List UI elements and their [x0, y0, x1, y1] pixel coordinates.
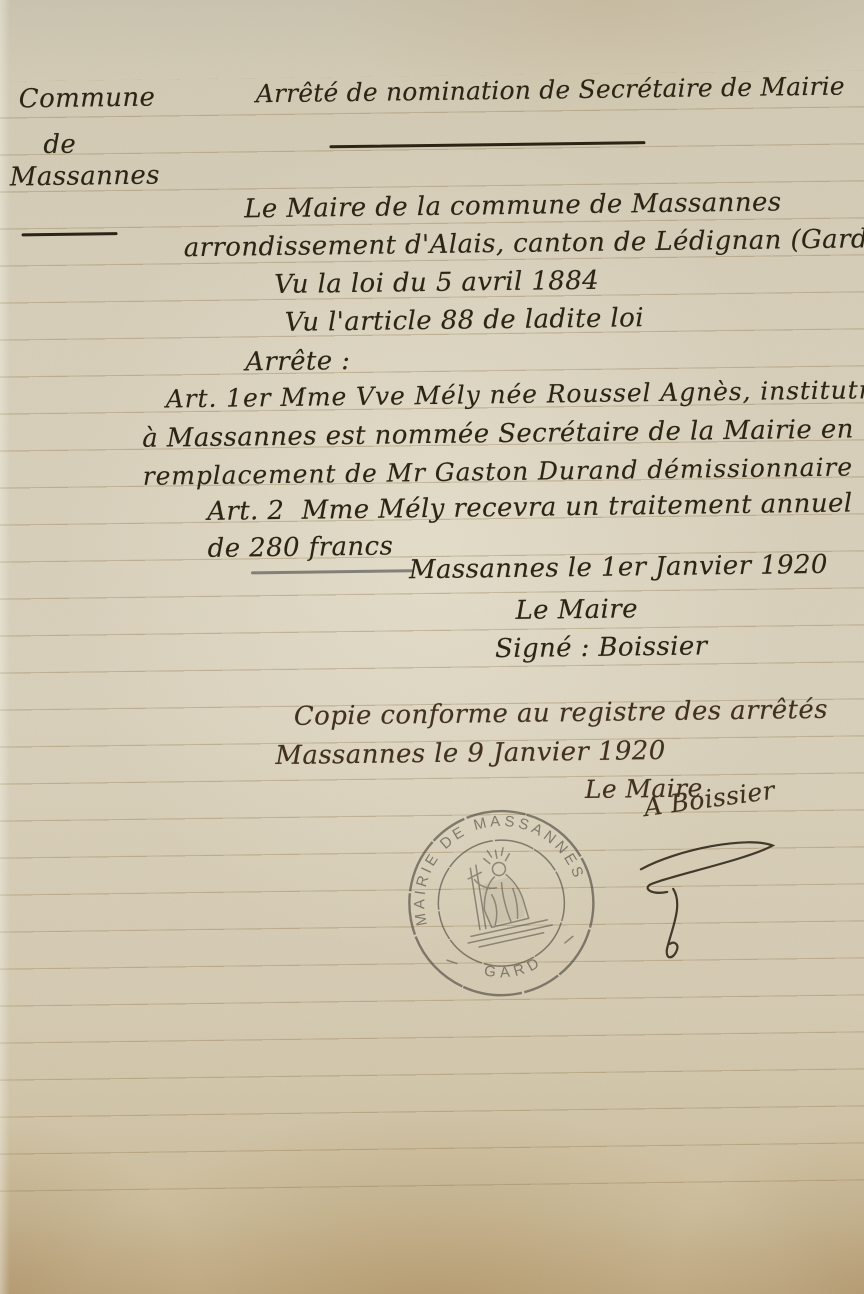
closing-signed: Signé : Boissier — [495, 632, 708, 663]
stamp-bottom-text: GARD — [480, 952, 548, 987]
certification-dateline: Massannes le 9 Janvier 1920 — [275, 737, 666, 771]
svg-text:GARD: GARD — [480, 952, 548, 987]
closing-role: Le Maire — [515, 595, 638, 625]
body-line: Arrête : — [245, 347, 350, 377]
signature-flourish — [620, 801, 802, 973]
margin-line-de: de — [43, 131, 76, 160]
margin-line-massannes: Massannes — [10, 162, 161, 193]
dateline: Massannes le 1er Janvier 1920 — [409, 551, 828, 585]
mairie-stamp: MAIRIE DE MASSANNES GARD — [384, 786, 618, 1020]
stamp-marianne-figure — [428, 838, 573, 965]
body-line: de 280 francs — [208, 532, 394, 563]
margin-line-commune: Commune — [19, 84, 156, 114]
document-content: Commune de Massannes Arrêté de nominatio… — [0, 0, 864, 1294]
document-page: Commune de Massannes Arrêté de nominatio… — [0, 0, 864, 1294]
body-line: Vu la loi du 5 avril 1884 — [274, 267, 599, 300]
body-line: Vu l'article 88 de ladite loi — [285, 304, 645, 337]
